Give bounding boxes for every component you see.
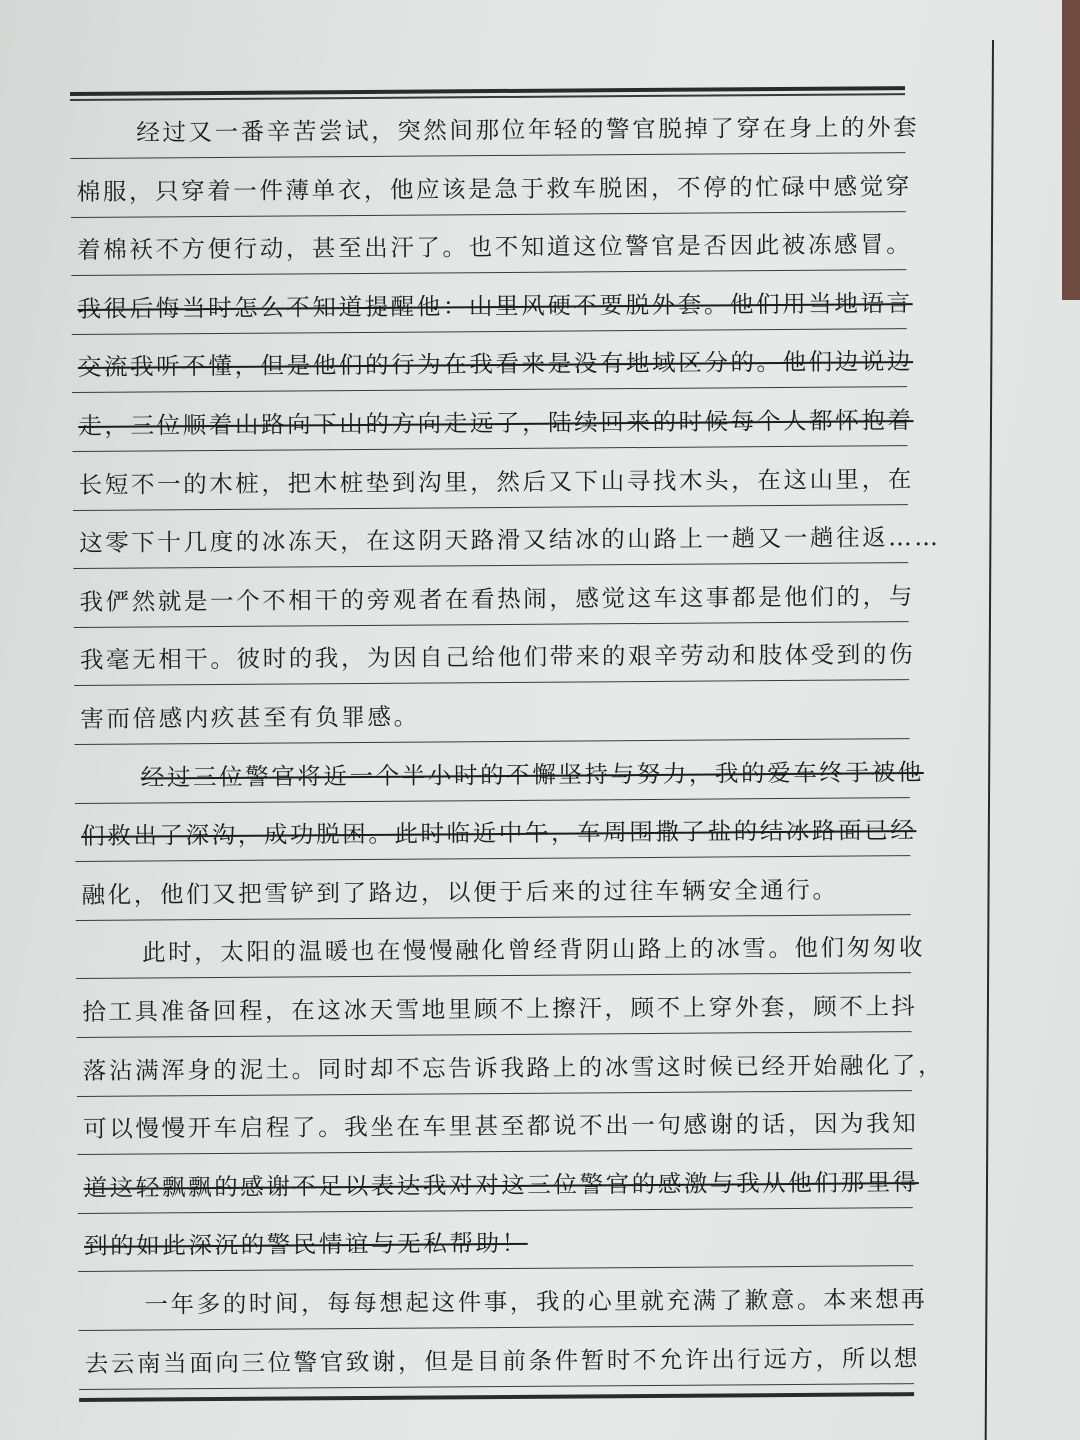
text-line: 经过三位警官将近一个半小时的不懈坚持与努力，我的爱车终于被他 — [75, 739, 910, 803]
text-line: 交流我听不懂，但是他们的行为在我看来是没有地域区分的。他们边说边 — [72, 329, 907, 393]
text-line: 我俨然就是一个不相干的旁观者在看热闹，感觉这车这事都是他们的，与 — [73, 563, 908, 627]
text-line: 经过又一番辛苦尝试，突然间那位年轻的警官脱掉了穿在身上的外套 — [70, 95, 905, 159]
text-line: 道这轻飘飘的感谢不足以表达我对对这三位警官的感激与我从他们那里得 — [77, 1149, 912, 1213]
text-line: 一年多的时间，每每想起这件事，我的心里就充满了歉意。本来想再 — [78, 1267, 913, 1331]
text-line: 去云南当面向三位警官致谢，但是目前条件暂时不允许出行远方，所以想 — [79, 1325, 914, 1389]
text-line: 害而倍感内疚甚至有负罪感。 — [74, 681, 909, 745]
text-line: 们救出了深沟，成功脱困。此时临近中午，车周围撒了盐的结冰路面已经 — [75, 798, 910, 862]
text-line: 棉服，只穿着一件薄单衣，他应该是急于救车脱困，不停的忙碌中感觉穿 — [70, 153, 905, 217]
text-line: 可以慢慢开车启程了。我坐在车里甚至都说不出一句感谢的话，因为我知 — [77, 1091, 912, 1155]
text-line: 拾工具准备回程，在这冰天雪地里顾不上擦汗，顾不上穿外套，顾不上抖 — [76, 974, 911, 1038]
text-line: 这零下十几度的冰冻天，在这阴天路滑又结冰的山路上一趟又一趟往返…… — [73, 505, 908, 569]
text-line: 走，三位顺着山路向下山的方向走远了，陆续回来的时候每个人都怀抱着 — [72, 388, 907, 452]
text-line: 长短不一的木桩，把木桩垫到沟里，然后又下山寻找木头，在这山里，在 — [73, 446, 908, 510]
letter-page: 经过又一番辛苦尝试，突然间那位年轻的警官脱掉了穿在身上的外套 棉服，只穿着一件薄… — [70, 86, 914, 1401]
text-line: 落沾满浑身的泥土。同时却不忘告诉我路上的冰雪这时候已经开始融化了， — [77, 1032, 912, 1096]
table-edge — [1062, 0, 1080, 300]
text-line: 此时，太阳的温暖也在慢慢融化曾经背阴山路上的冰雪。他们匆匆收 — [76, 915, 911, 979]
text-line: 我毫无相干。彼时的我，为因自己给他们带来的艰辛劳动和肢体受到的伤 — [74, 622, 909, 686]
text-line: 融化，他们又把雪铲到了路边，以便于后来的过往车辆安全通行。 — [75, 856, 910, 920]
text-line: 我很后悔当时怎么不知道提醒他：山里风硬不要脱外套。他们用当地语言 — [71, 270, 906, 334]
text-line: 到的如此深沉的警民情谊与无私帮助！ — [78, 1208, 913, 1272]
text-line: 着棉袄不方便行动，甚至出汗了。也不知道这位警官是否因此被冻感冒。 — [71, 212, 906, 276]
